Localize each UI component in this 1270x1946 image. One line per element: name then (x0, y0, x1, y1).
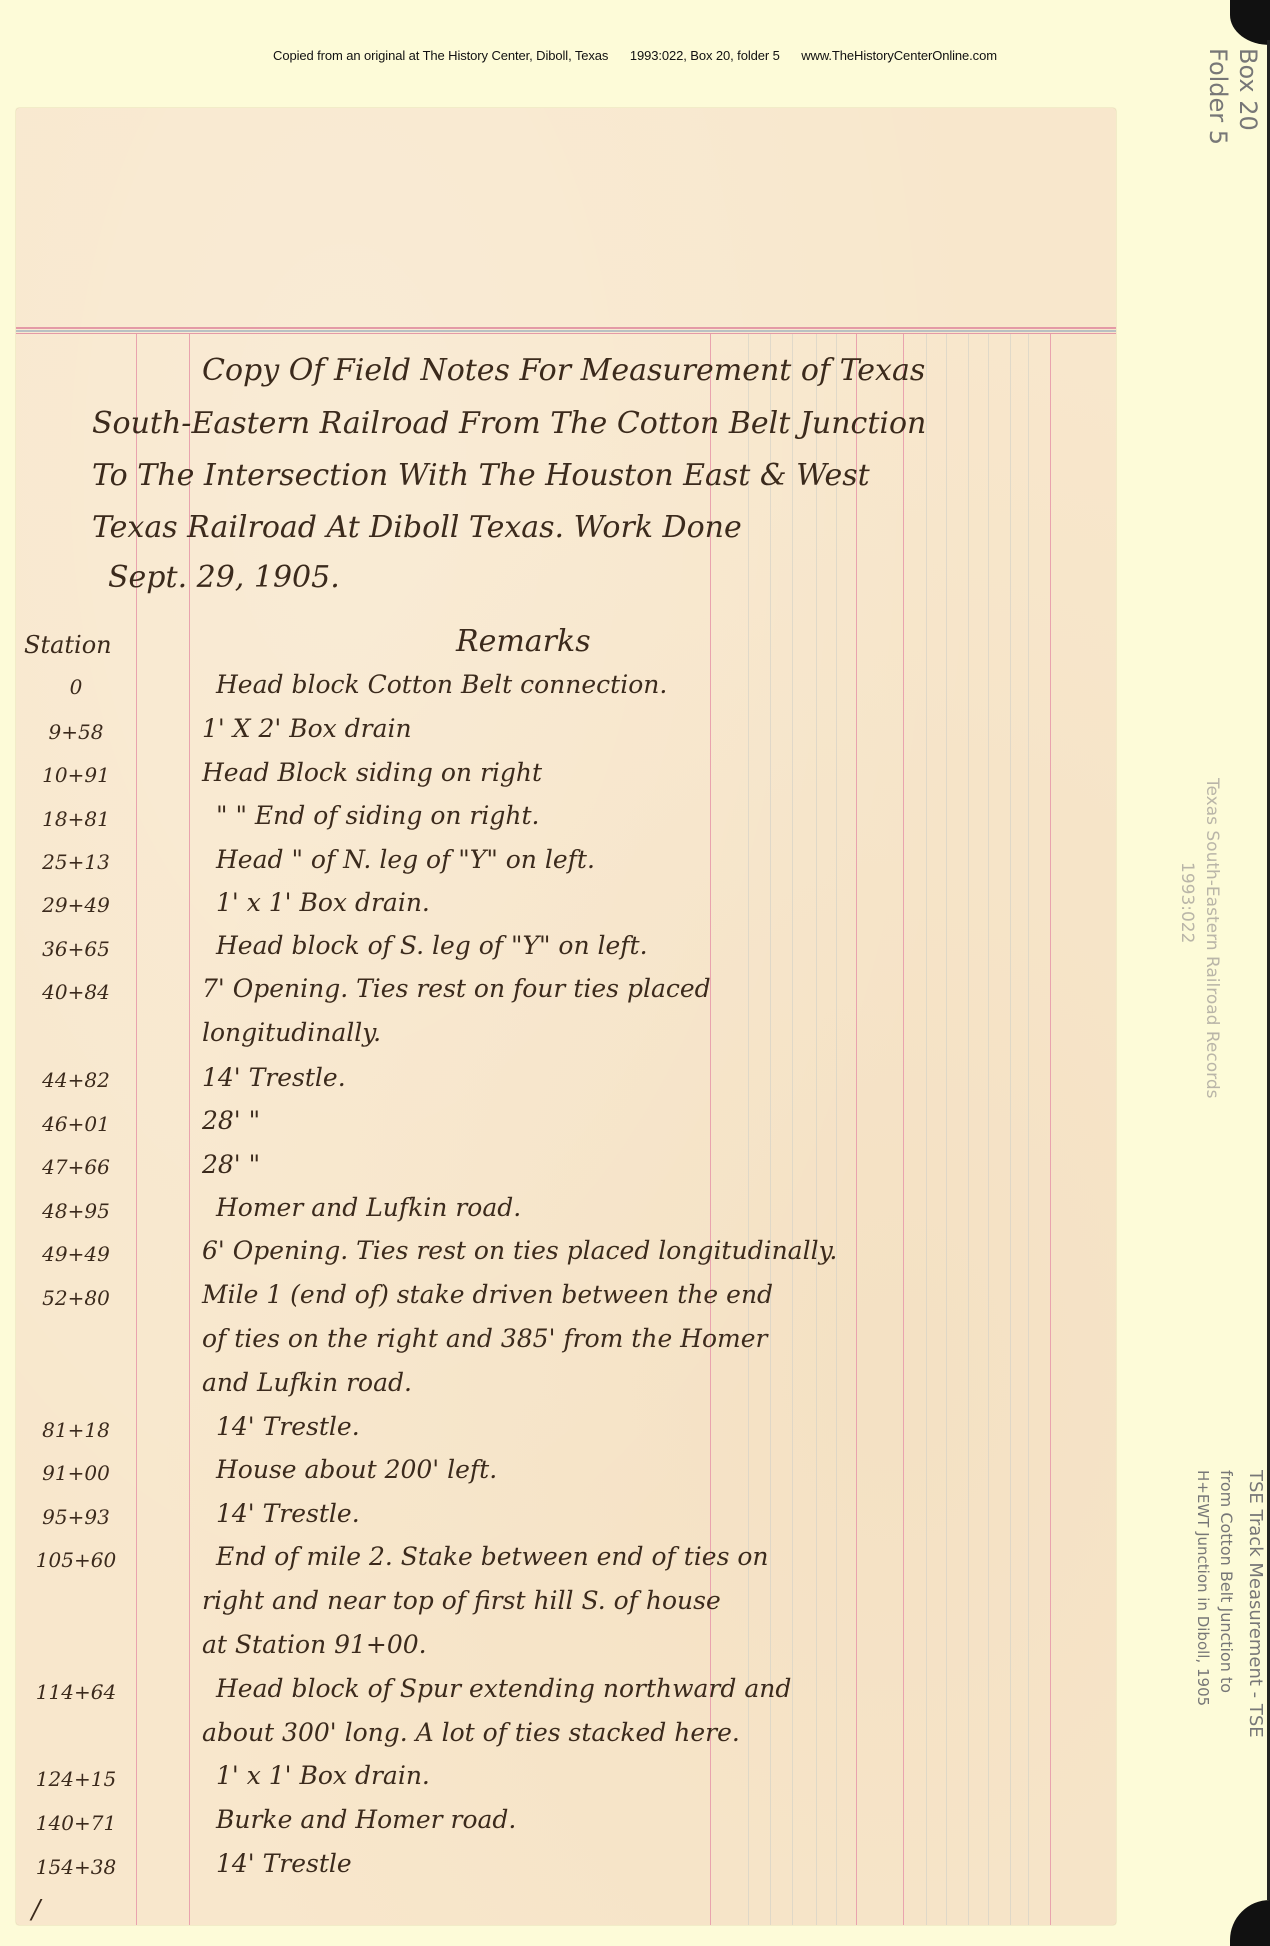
ledger-page: Copy Of Field Notes For Measurement of T… (16, 108, 1116, 1925)
column-header-remarks: Remarks (456, 624, 591, 659)
entry-remark: House about 200' left. (216, 1455, 497, 1484)
entry-remark: Mile 1 (end of) stake driven between the… (202, 1280, 773, 1309)
document-title-line: South-Eastern Railroad From The Cotton B… (92, 406, 926, 441)
entry-remark: and Lufkin road. (202, 1368, 412, 1397)
column-rule-faint (792, 334, 793, 1925)
document-title-line: To The Intersection With The Houston Eas… (92, 458, 870, 493)
entry-station: 40+84 (16, 980, 136, 1004)
entry-station: 114+64 (16, 1680, 136, 1704)
entry-station: 9+58 (16, 720, 136, 744)
entry-remark: 1' X 2' Box drain (202, 714, 412, 743)
document-title-line: Copy Of Field Notes For Measurement of T… (202, 353, 925, 388)
entry-remark: 14' Trestle. (216, 1499, 360, 1528)
scan-source: Copied from an original at The History C… (273, 48, 608, 63)
folder-corner-top (1230, 0, 1270, 45)
entry-station: 36+65 (16, 937, 136, 961)
entry-station: 140+71 (16, 1811, 136, 1835)
entry-remark: 7' Opening. Ties rest on four ties place… (202, 974, 711, 1003)
entry-station: 46+01 (16, 1112, 136, 1136)
column-rule-faint (1010, 334, 1011, 1925)
entry-remark: 6' Opening. Ties rest on ties placed lon… (202, 1236, 837, 1265)
entry-remark: Head " of N. leg of "Y" on left. (216, 845, 595, 874)
scan-website: www.TheHistoryCenterOnline.com (801, 48, 997, 63)
margin-note-description-1: TSE Track Measurement - TSE (1245, 1470, 1266, 1738)
entry-remark: 28' " (202, 1150, 260, 1179)
entry-remark: Head Block siding on right (202, 758, 542, 787)
column-header-station: Station (24, 631, 112, 659)
column-rule-faint (1028, 334, 1029, 1925)
column-rule-faint (836, 334, 837, 1925)
entry-station: 81+18 (16, 1418, 136, 1442)
column-rule (1050, 334, 1051, 1925)
margin-note-accession: 1993:022 (1177, 862, 1197, 943)
column-rule (903, 334, 904, 1925)
entry-station: 105+60 (16, 1548, 136, 1572)
column-rule-faint (968, 334, 969, 1925)
entry-remark: 14' Trestle. (202, 1063, 346, 1092)
scan-reference: 1993:022, Box 20, folder 5 (630, 48, 780, 63)
entry-remark: Head block of S. leg of "Y" on left. (216, 931, 648, 960)
margin-note-folder: Folder 5 (1204, 48, 1232, 145)
entry-remark: of ties on the right and 385' from the H… (202, 1324, 768, 1353)
entry-remark: about 300' long. A lot of ties stacked h… (202, 1718, 740, 1747)
margin-note-box: Box 20 (1234, 48, 1262, 131)
folder-corner-bottom (1230, 1900, 1270, 1946)
entry-remark: at Station 91+00. (202, 1630, 427, 1659)
column-rule (856, 334, 857, 1925)
entry-remark: Burke and Homer road. (216, 1805, 516, 1834)
entry-station: 124+15 (16, 1767, 136, 1791)
document-title-line: Texas Railroad At Diboll Texas. Work Don… (92, 510, 742, 545)
entry-remark: right and near top of first hill S. of h… (202, 1586, 721, 1615)
entry-remark: Head block of Spur extending northward a… (216, 1674, 791, 1703)
entry-remark: End of mile 2. Stake between end of ties… (216, 1542, 769, 1571)
entry-station: 44+82 (16, 1068, 136, 1092)
column-rule-faint (816, 334, 817, 1925)
ruled-line (16, 330, 1116, 332)
entry-station: 10+91 (16, 763, 136, 787)
margin-note-description-2: from Cotton Belt Junction to (1217, 1470, 1236, 1693)
entry-remark: 1' x 1' Box drain. (216, 1761, 430, 1790)
ruled-line (16, 333, 1116, 334)
entry-remark: 28' " (202, 1106, 260, 1135)
entry-station: 95+93 (16, 1505, 136, 1529)
entry-station: 47+66 (16, 1155, 136, 1179)
column-rule-faint (926, 334, 927, 1925)
entry-station: / (0, 1895, 96, 1925)
column-rule-faint (946, 334, 947, 1925)
column-rule-faint (988, 334, 989, 1925)
entry-station: 18+81 (16, 807, 136, 831)
entry-station: 48+95 (16, 1199, 136, 1223)
entry-station: 25+13 (16, 850, 136, 874)
entry-remark: longitudinally. (202, 1018, 381, 1047)
entry-remark: 14' Trestle. (216, 1412, 360, 1441)
entry-station: 49+49 (16, 1242, 136, 1266)
entry-station: 0 (16, 675, 136, 699)
entry-remark: 1' x 1' Box drain. (216, 888, 430, 917)
entry-remark: 14' Trestle (216, 1849, 352, 1878)
entry-station: 154+38 (16, 1855, 136, 1879)
document-title-line: Sept. 29, 1905. (108, 560, 340, 595)
entry-remark: Homer and Lufkin road. (216, 1193, 521, 1222)
margin-note-description-3: H+EWT Junction in Diboll, 1905 (1194, 1470, 1212, 1706)
entry-remark: " " End of siding on right. (216, 801, 539, 830)
ruled-line (16, 327, 1116, 329)
scan-header: Copied from an original at The History C… (0, 48, 1270, 63)
entry-station: 29+49 (16, 893, 136, 917)
margin-note-collection: Texas South-Eastern Railroad Records (1202, 778, 1222, 1098)
entry-remark: Head block Cotton Belt connection. (216, 670, 667, 699)
entry-station: 91+00 (16, 1461, 136, 1485)
entry-station: 52+80 (16, 1286, 136, 1310)
